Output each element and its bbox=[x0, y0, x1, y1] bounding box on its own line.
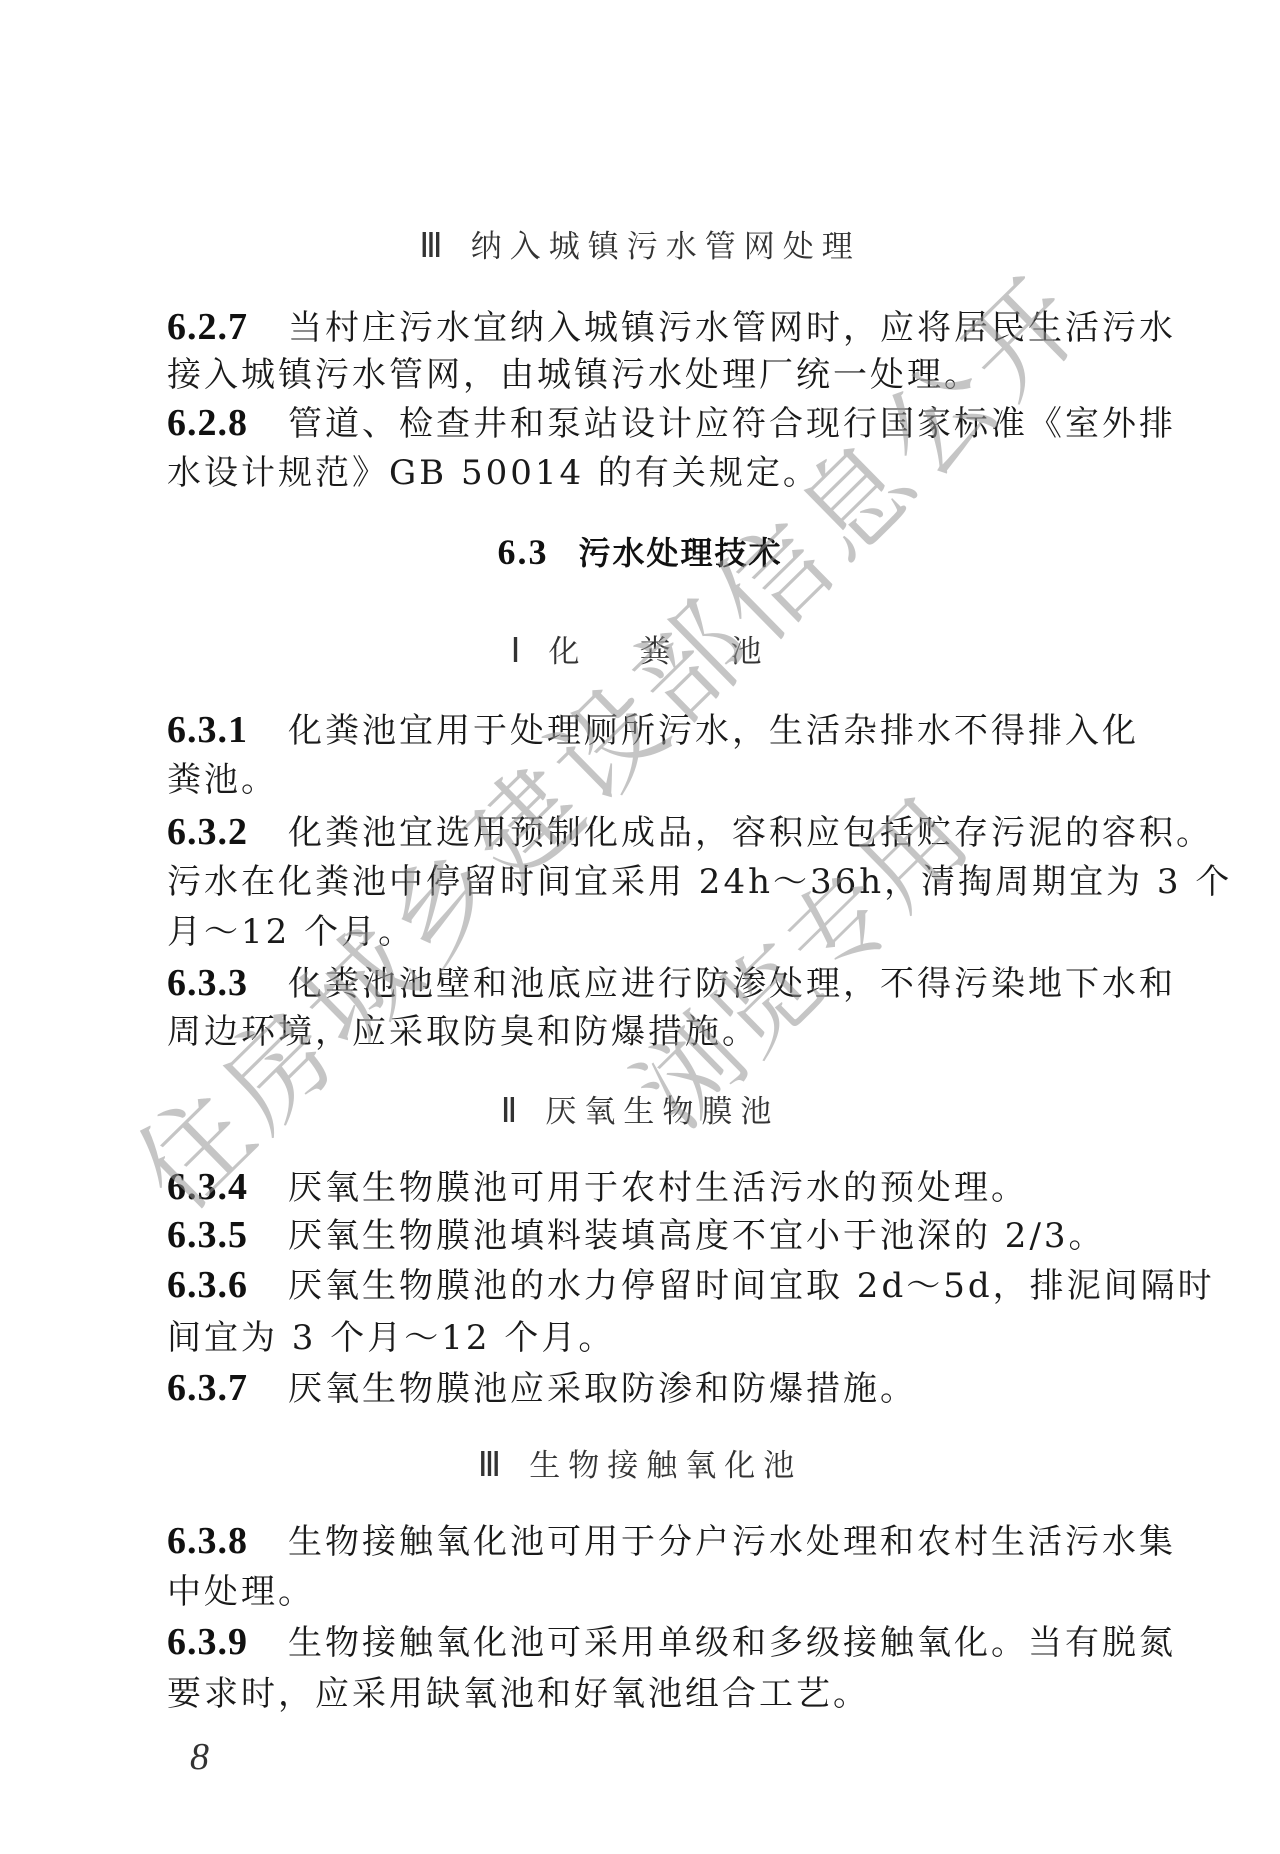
clause-6-2-7-line-2: 接入城镇污水管网，由城镇污水处理厂统一处理。 bbox=[167, 355, 1117, 395]
clause-text: 厌氧生物膜池应采取防渗和防爆措施。 bbox=[288, 1369, 917, 1409]
subheading-char: 粪 bbox=[640, 632, 679, 672]
subheading-bio-contact-oxidation: Ⅲ生物接触氧化池 bbox=[0, 1446, 1280, 1486]
subheading-title: 生物接触氧化池 bbox=[529, 1448, 802, 1484]
clause-6-3-9-line-2: 要求时，应采用缺氧池和好氧池组合工艺。 bbox=[167, 1674, 1117, 1714]
subheading-char: 化 bbox=[549, 632, 588, 672]
section-heading-6-3: 6.3污水处理技术 bbox=[0, 532, 1280, 573]
clause-6-3-1-line-2: 粪池。 bbox=[167, 760, 1117, 800]
clause-text: 管道、检查井和泵站设计应符合现行国家标准《室外排 bbox=[288, 404, 1176, 444]
clause-text: 生物接触氧化池可采用单级和多级接触氧化。当有脱氮 bbox=[288, 1623, 1176, 1663]
clause-number: 6.2.8 bbox=[167, 403, 288, 443]
roman-numeral: Ⅲ bbox=[478, 1447, 501, 1484]
clause-6-3-2-line-3: 月～12 个月。 bbox=[167, 912, 1117, 952]
clause-number: 6.3.3 bbox=[167, 963, 288, 1003]
clause-text: 厌氧生物膜池可用于农村生活污水的预处理。 bbox=[288, 1168, 1028, 1208]
subheading-sewer-network: Ⅲ纳入城镇污水管网处理 bbox=[0, 227, 1280, 267]
clause-6-3-6-line-1: 6.3.6厌氧生物膜池的水力停留时间宜取 2d～5d，排泥间隔时 bbox=[167, 1265, 1117, 1306]
clause-6-3-3-line-1: 6.3.3化粪池池壁和池底应进行防渗处理，不得污染地下水和 bbox=[167, 963, 1117, 1004]
clause-6-2-7-line-1: 6.2.7当村庄污水宜纳入城镇污水管网时，应将居民生活污水 bbox=[167, 307, 1117, 348]
clause-6-3-5-line-1: 6.3.5厌氧生物膜池填料装填高度不宜小于池深的 2/3。 bbox=[167, 1215, 1117, 1256]
roman-numeral: Ⅲ bbox=[419, 228, 442, 265]
clause-6-3-2-line-2: 污水在化粪池中停留时间宜采用 24h～36h，清掏周期宜为 3 个 bbox=[167, 862, 1117, 902]
clause-text: 化粪池宜用于处理厕所污水，生活杂排水不得排入化 bbox=[288, 711, 1139, 751]
clause-number: 6.3.5 bbox=[167, 1215, 288, 1255]
clause-number: 6.3.9 bbox=[167, 1622, 288, 1662]
clause-6-2-8-line-2: 水设计规范》GB 50014 的有关规定。 bbox=[167, 453, 1117, 493]
clause-text: 厌氧生物膜池填料装填高度不宜小于池深的 2/3。 bbox=[288, 1216, 1106, 1256]
clause-6-3-3-line-2: 周边环境，应采取防臭和防爆措施。 bbox=[167, 1012, 1117, 1052]
clause-number: 6.3.6 bbox=[167, 1265, 288, 1305]
clause-number: 6.3.1 bbox=[167, 710, 288, 750]
clause-6-3-1-line-1: 6.3.1化粪池宜用于处理厕所污水，生活杂排水不得排入化 bbox=[167, 710, 1117, 751]
clause-6-3-8-line-2: 中处理。 bbox=[167, 1572, 1117, 1612]
page-number: 8 bbox=[190, 1735, 209, 1779]
clause-text: 化粪池宜选用预制化成品，容积应包括贮存污泥的容积。 bbox=[288, 813, 1213, 853]
clause-6-3-9-line-1: 6.3.9生物接触氧化池可采用单级和多级接触氧化。当有脱氮 bbox=[167, 1622, 1117, 1663]
subheading-septic-tank: Ⅰ化粪池 bbox=[0, 632, 1280, 672]
clause-number: 6.3.7 bbox=[167, 1368, 288, 1408]
clause-6-3-2-line-1: 6.3.2化粪池宜选用预制化成品，容积应包括贮存污泥的容积。 bbox=[167, 812, 1117, 853]
clause-number: 6.3.8 bbox=[167, 1521, 288, 1561]
clause-6-3-6-line-2: 间宜为 3 个月～12 个月。 bbox=[167, 1318, 1117, 1358]
section-title: 污水处理技术 bbox=[578, 534, 782, 572]
clause-text: 当村庄污水宜纳入城镇污水管网时，应将居民生活污水 bbox=[288, 308, 1176, 348]
roman-numeral: Ⅱ bbox=[501, 1093, 518, 1130]
subheading-title: 厌氧生物膜池 bbox=[545, 1094, 779, 1130]
clause-6-2-8-line-1: 6.2.8管道、检查井和泵站设计应符合现行国家标准《室外排 bbox=[167, 403, 1117, 444]
clause-text: 厌氧生物膜池的水力停留时间宜取 2d～5d，排泥间隔时 bbox=[288, 1266, 1215, 1306]
clause-6-3-8-line-1: 6.3.8生物接触氧化池可用于分户污水处理和农村生活污水集 bbox=[167, 1521, 1117, 1562]
roman-numeral: Ⅰ bbox=[510, 633, 520, 670]
subheading-anaerobic-biofilm: Ⅱ厌氧生物膜池 bbox=[0, 1092, 1280, 1132]
clause-6-3-4-line-1: 6.3.4厌氧生物膜池可用于农村生活污水的预处理。 bbox=[167, 1167, 1117, 1208]
document-page: Ⅲ纳入城镇污水管网处理 6.2.7当村庄污水宜纳入城镇污水管网时，应将居民生活污… bbox=[0, 0, 1280, 1854]
clause-number: 6.3.2 bbox=[167, 812, 288, 852]
clause-text: 生物接触氧化池可用于分户污水处理和农村生活污水集 bbox=[288, 1522, 1176, 1562]
clause-number: 6.3.4 bbox=[167, 1167, 288, 1207]
subheading-char: 池 bbox=[731, 634, 770, 670]
subheading-title: 纳入城镇污水管网处理 bbox=[471, 229, 861, 265]
section-number: 6.3 bbox=[497, 532, 548, 572]
clause-text: 化粪池池壁和池底应进行防渗处理，不得污染地下水和 bbox=[288, 964, 1176, 1004]
clause-number: 6.2.7 bbox=[167, 307, 288, 347]
clause-6-3-7-line-1: 6.3.7厌氧生物膜池应采取防渗和防爆措施。 bbox=[167, 1368, 1117, 1409]
